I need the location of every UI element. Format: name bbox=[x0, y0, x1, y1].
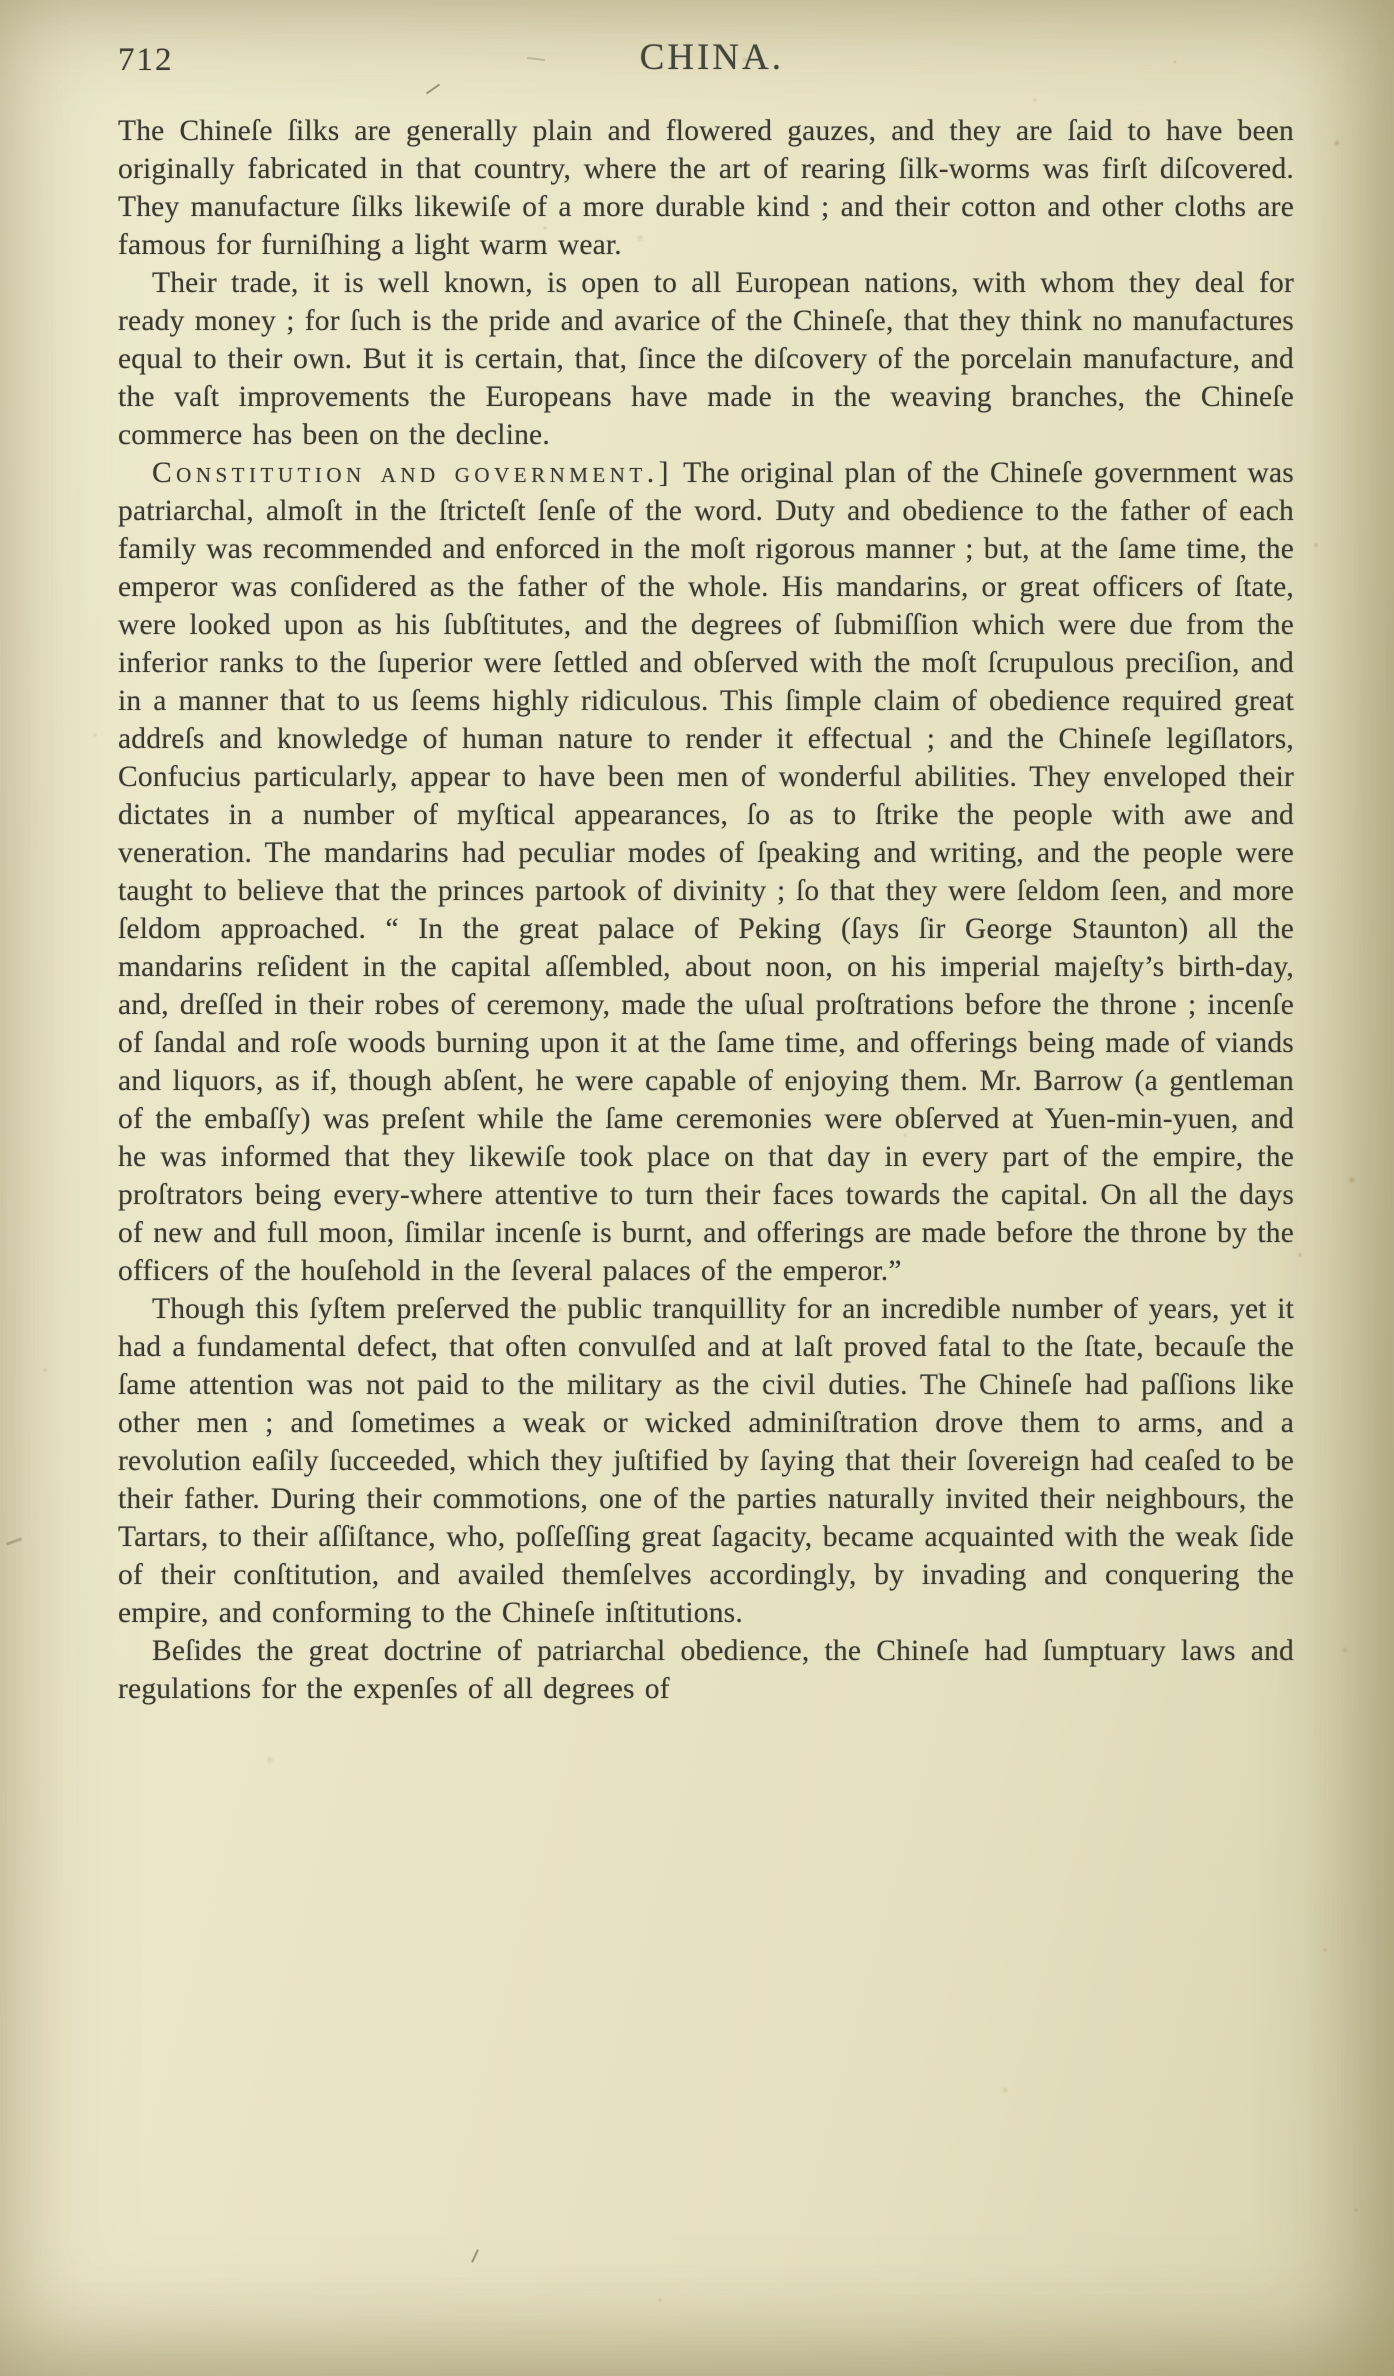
stray-scan-mark bbox=[6, 1537, 22, 1545]
running-head: 712 CHINA. bbox=[118, 36, 1294, 84]
stray-scan-mark bbox=[471, 2249, 479, 2263]
page-title: CHINA. bbox=[640, 36, 784, 79]
paragraph-trade: Their trade, it is well known, is open t… bbox=[118, 264, 1294, 454]
body-text: The Chineſe ſilks are generally plain an… bbox=[118, 112, 1294, 1708]
stray-scan-mark bbox=[426, 84, 440, 95]
paragraph-constitution: Constitution and government.] The origin… bbox=[118, 454, 1294, 1290]
page-number: 712 bbox=[118, 42, 174, 79]
paragraph-silks: The Chineſe ſilks are generally plain an… bbox=[118, 112, 1294, 264]
paragraph-system-tranquillity: Though this ſyſtem preſerved the public … bbox=[118, 1290, 1294, 1632]
paragraph-sumptuary-laws: Beſides the great doctrine of patriarcha… bbox=[118, 1632, 1294, 1708]
section-heading-constitution-and-government: Constitution and government.] bbox=[152, 457, 673, 489]
book-page-scan: 712 CHINA. The Chineſe ſilks are general… bbox=[0, 0, 1394, 2376]
paragraph-constitution-text: The original plan of the Chineſe governm… bbox=[118, 457, 1294, 1287]
